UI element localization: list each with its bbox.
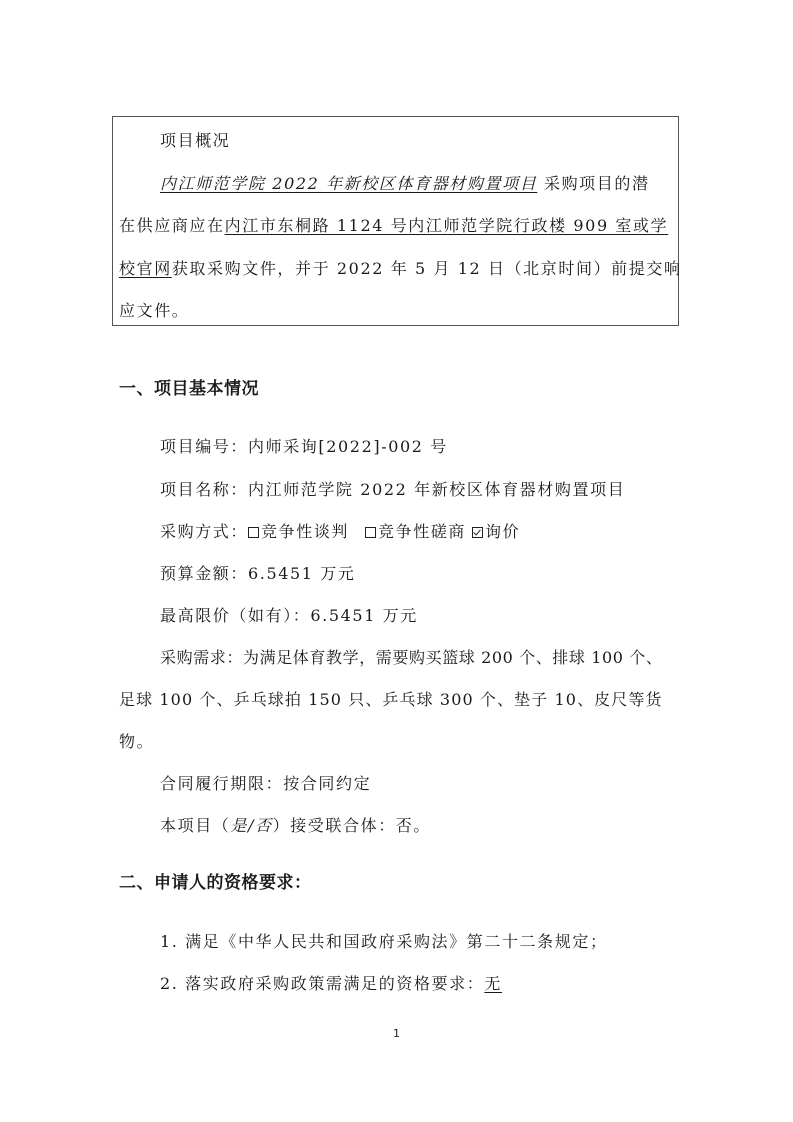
overview-line-1-text: 采购项目的潜 bbox=[537, 174, 649, 193]
budget-amount: 预算金额：6.5451 万元 bbox=[160, 564, 355, 584]
qualification-item-2: 2. 落实政府采购政策需满足的资格要求：无 bbox=[160, 974, 502, 994]
overview-line-2-prefix: 在供应商应在 bbox=[119, 216, 225, 235]
location-underlined: 内江市东桐路 1124 号内江师范学院行政楼 909 室或学 bbox=[225, 216, 669, 235]
requirements-line-1: 采购需求：为满足体育教学，需要购买篮球 200 个、排球 100 个、 bbox=[160, 648, 662, 668]
overview-line-1: 内江师范学院 2022 年新校区体育器材购置项目 采购项目的潜 bbox=[160, 174, 650, 194]
checkbox-competitive-negotiation bbox=[248, 527, 259, 538]
document-page: 项目概况 内江师范学院 2022 年新校区体育器材购置项目 采购项目的潜 在供应… bbox=[0, 0, 793, 1122]
option-inquiry: 询价 bbox=[485, 522, 520, 541]
checkbox-competitive-consultation bbox=[365, 527, 376, 538]
requirements-line-2: 足球 100 个、乒乓球拍 150 只、乒乓球 300 个、垫子 10、皮尺等货 bbox=[119, 690, 663, 710]
checkbox-inquiry-checked bbox=[472, 527, 483, 538]
location-underlined-cont: 校官网 bbox=[119, 259, 172, 278]
qualification-item-2-label: 2. 落实政府采购政策需满足的资格要求： bbox=[160, 974, 484, 993]
qualification-item-2-value: 无 bbox=[484, 974, 502, 993]
overview-line-3-text: 获取采购文件，并于 2022 年 5 月 12 日（北京时间）前提交响 bbox=[172, 259, 682, 278]
consortium-acceptance: 本项目（是/否）接受联合体：否。 bbox=[160, 816, 431, 836]
page-number: 1 bbox=[0, 1027, 793, 1040]
consortium-yes-no: 是/否 bbox=[230, 816, 272, 835]
option-competitive-consultation: 竞争性磋商 bbox=[378, 522, 466, 541]
project-name-link: 内江师范学院 2022 年新校区体育器材购置项目 bbox=[160, 174, 537, 193]
procurement-method-label: 采购方式： bbox=[160, 522, 248, 541]
option-competitive-negotiation: 竞争性谈判 bbox=[261, 522, 349, 541]
overview-line-4: 应文件。 bbox=[119, 301, 189, 321]
qualification-item-1: 1. 满足《中华人民共和国政府采购法》第二十二条规定； bbox=[160, 932, 608, 952]
overview-line-2: 在供应商应在内江市东桐路 1124 号内江师范学院行政楼 909 室或学 bbox=[119, 216, 668, 236]
requirements-line-3: 物。 bbox=[119, 732, 154, 752]
overview-title: 项目概况 bbox=[160, 131, 230, 151]
section-1-heading: 一、项目基本情况 bbox=[119, 378, 259, 400]
procurement-method: 采购方式：竞争性谈判竞争性磋商询价 bbox=[160, 522, 520, 542]
max-price: 最高限价（如有）：6.5451 万元 bbox=[160, 606, 418, 626]
project-name: 项目名称：内江师范学院 2022 年新校区体育器材购置项目 bbox=[160, 480, 625, 500]
contract-period: 合同履行期限：按合同约定 bbox=[160, 774, 371, 794]
consortium-prefix: 本项目（ bbox=[160, 816, 230, 835]
consortium-suffix: ）接受联合体：否。 bbox=[273, 816, 431, 835]
overview-line-3: 校官网获取采购文件，并于 2022 年 5 月 12 日（北京时间）前提交响 bbox=[119, 259, 682, 279]
section-2-heading: 二、申请人的资格要求： bbox=[119, 872, 312, 894]
project-number: 项目编号：内师采询[2022]-002 号 bbox=[160, 437, 448, 457]
